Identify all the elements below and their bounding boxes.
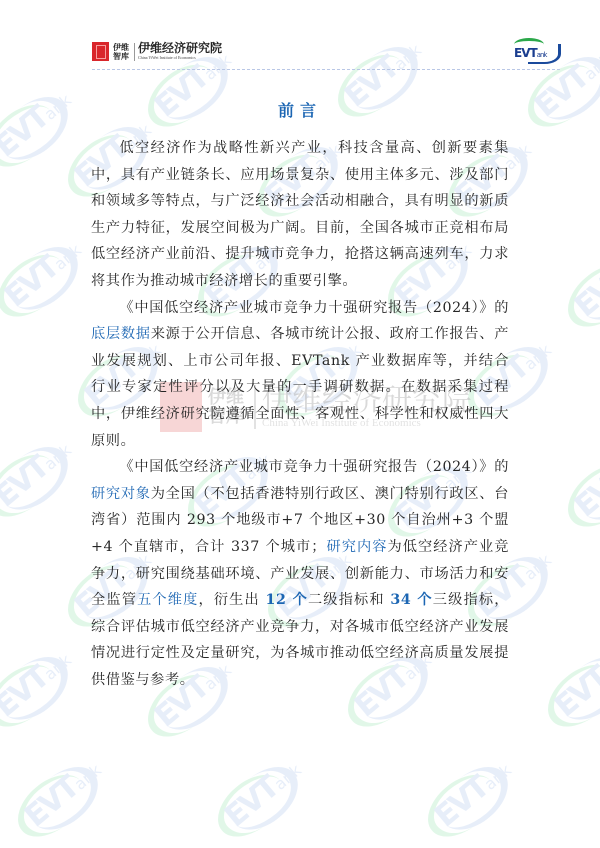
yiwei-logo-mark <box>92 42 109 61</box>
text-segment: 二级指标和 <box>308 592 390 608</box>
logo-divider <box>134 43 135 61</box>
evtank-watermark-icon: EVTank <box>411 748 519 848</box>
evtank-watermark-icon: EVTank <box>0 228 89 332</box>
evtank-watermark-icon: EVTank <box>1 748 109 848</box>
text-segment: 《中国低空经济产业城市竞争力十强研究报告（2024）》的 <box>119 459 509 475</box>
evtank-wordmark: EVTank <box>514 46 546 60</box>
yiwei-name: 伊维经济研究院 China YiWei Institute of Economi… <box>138 42 222 61</box>
evtank-watermark-icon: EVTank <box>201 748 309 848</box>
evtank-watermark-icon: EVTank <box>0 428 79 532</box>
evtank-watermark-icon: EVTank <box>551 438 600 542</box>
yiwei-short-name: 伊维 智库 <box>113 43 131 61</box>
highlighted-term: 研究内容 <box>326 539 387 555</box>
evtank-watermark-icon: EVTank <box>0 638 79 742</box>
page-header: 伊维 智库 伊维经济研究院 China YiWei Institute of E… <box>92 42 560 66</box>
header-divider <box>92 69 560 70</box>
paragraph: 《中国低空经济产业城市竞争力十强研究报告（2024）》的研究对象为全国（不包括香… <box>91 454 509 693</box>
document-body: 前言 低空经济作为战略性新兴产业，科技含量高、创新要素集中，具有产业链条长、应用… <box>91 98 509 693</box>
paragraphs: 低空经济作为战略性新兴产业，科技含量高、创新要素集中，具有产业链条长、应用场景复… <box>91 135 509 693</box>
evtank-watermark-icon: EVTank <box>551 238 600 342</box>
text-segment: ，衍生出 <box>198 592 265 608</box>
evtank-watermark-icon: EVTank <box>531 638 600 742</box>
highlighted-term: 研究对象 <box>91 486 151 502</box>
paragraph: 低空经济作为战略性新兴产业，科技含量高、创新要素集中，具有产业链条长、应用场景复… <box>91 135 509 295</box>
highlighted-term: 五个维度 <box>137 592 198 608</box>
text-segment: 低空经济作为战略性新兴产业，科技含量高、创新要素集中，具有产业链条长、应用场景复… <box>91 140 509 289</box>
highlighted-term: 34 个 <box>390 592 432 608</box>
paragraph: 《中国低空经济产业城市竞争力十强研究报告（2024）》的底层数据来源于公开信息、… <box>91 295 509 455</box>
evtank-logo: EVTank <box>510 38 560 64</box>
evtank-watermark-icon: EVTank <box>0 78 79 182</box>
page-title: 前言 <box>91 98 509 121</box>
highlighted-term: 底层数据 <box>91 326 151 342</box>
text-segment: 来源于公开信息、各城市统计公报、政府工作报告、产业发展规划、上市公司年报、EVT… <box>91 326 509 448</box>
text-segment: 《中国低空经济产业城市竞争力十强研究报告（2024）》的 <box>119 300 509 316</box>
yiwei-logo: 伊维 智库 伊维经济研究院 China YiWei Institute of E… <box>92 42 222 61</box>
highlighted-term: 12 个 <box>266 592 308 608</box>
